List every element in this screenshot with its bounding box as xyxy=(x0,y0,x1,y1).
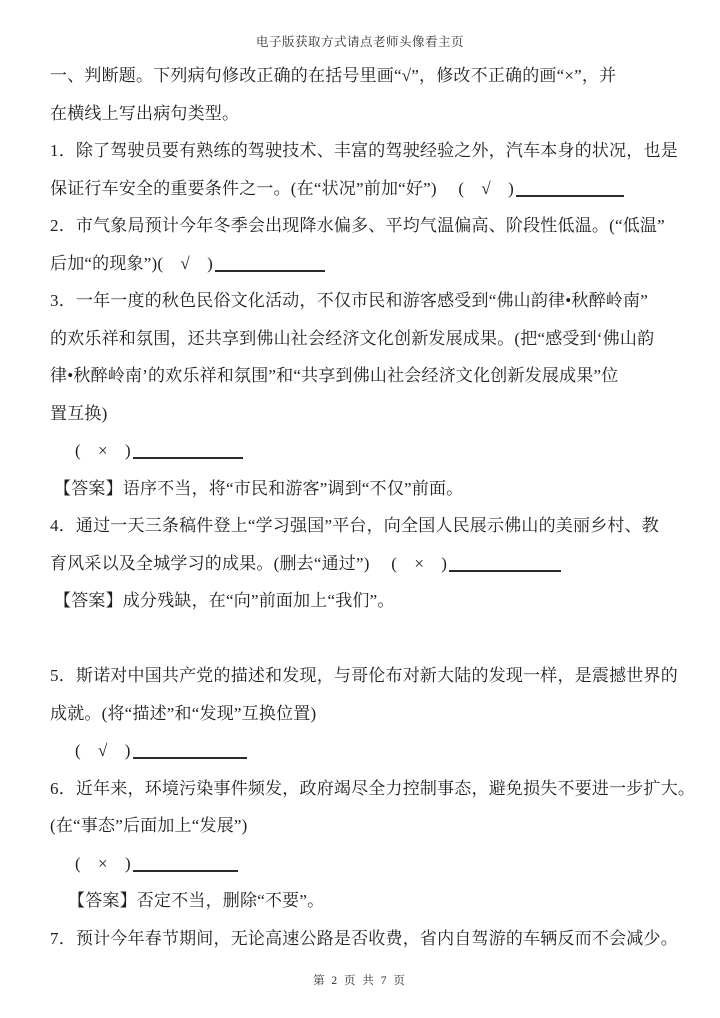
q4-line-2-text: 育风采以及全城学习的成果。(删去“通过”) ( × ) xyxy=(50,554,447,573)
q5-mark-line-text: ( √ ) xyxy=(75,741,131,760)
q3-line-4-text: 置互换) xyxy=(50,404,107,423)
q4-answer-text: 【答案】成分残缺，在“向”前面加上“我们”。 xyxy=(54,591,395,610)
q6-line-1: 6．近年来，环境污染事件频发，政府竭尽全力控制事态，避免损失不要进一步扩大。 xyxy=(50,770,670,808)
blank-underline xyxy=(516,193,624,197)
q3-line-1-text: 3．一年一度的秋色民俗文化活动，不仅市民和游客感受到“佛山韵律•秋醉岭南” xyxy=(50,291,648,310)
q7-line-1-text: 7．预计今年春节期间，无论高速公路是否收费，省内自驾游的车辆反而不会减少。 xyxy=(50,929,678,948)
intro-line-2-text: 在横线上写出病句类型。 xyxy=(50,104,239,123)
q2-line-2: 后加“的现象”)( √ ) xyxy=(50,245,670,283)
document-content: 一、判断题。下列病句修改正确的在括号里画“√”，修改不正确的画“×”，并在横线上… xyxy=(0,57,720,957)
q3-mark-line-text: ( × ) xyxy=(75,441,131,460)
q4-answer: 【答案】成分残缺，在“向”前面加上“我们”。 xyxy=(50,582,670,620)
q3-line-2: 的欢乐祥和氛围，还共享到佛山社会经济文化创新发展成果。(把“感受到‘佛山韵 xyxy=(50,320,670,358)
q6-mark-line: ( × ) xyxy=(50,845,670,883)
q3-line-4: 置互换) xyxy=(50,395,670,433)
intro-line-2: 在横线上写出病句类型。 xyxy=(50,95,670,133)
q3-line-3-text: 律•秋醉岭南’的欢乐祥和氛围”和“共享到佛山社会经济文化创新发展成果”位 xyxy=(50,366,618,385)
q2-line-1: 2．市气象局预计今年冬季会出现降水偏多、平均气温偏高、阶段性低温。(“低温” xyxy=(50,207,670,245)
q5-line-2: 成就。(将“描述”和“发现”互换位置) xyxy=(50,695,670,733)
q1-line-2: 保证行车安全的重要条件之一。(在“状况”前加“好”) ( √ ) xyxy=(50,170,670,208)
q5-line-2-text: 成就。(将“描述”和“发现”互换位置) xyxy=(50,704,316,723)
q3-line-3: 律•秋醉岭南’的欢乐祥和氛围”和“共享到佛山社会经济文化创新发展成果”位 xyxy=(50,357,670,395)
q6-line-2: (在“事态”后面加上“发展”) xyxy=(50,807,670,845)
q4-line-1-text: 4．通过一天三条稿件登上“学习强国”平台，向全国人民展示佛山的美丽乡村、教 xyxy=(50,516,659,535)
q1-line-1-text: 1．除了驾驶员要有熟练的驾驶技术、丰富的驾驶经验之外，汽车本身的状况，也是 xyxy=(50,141,678,160)
q7-line-1: 7．预计今年春节期间，无论高速公路是否收费，省内自驾游的车辆反而不会减少。 xyxy=(50,920,670,958)
q1-line-1: 1．除了驾驶员要有熟练的驾驶技术、丰富的驾驶经验之外，汽车本身的状况，也是 xyxy=(50,132,670,170)
q6-line-2-text: (在“事态”后面加上“发展”) xyxy=(50,816,248,835)
q4-line-2: 育风采以及全城学习的成果。(删去“通过”) ( × ) xyxy=(50,545,670,583)
blank-underline xyxy=(133,755,247,759)
q6-mark-line-text: ( × ) xyxy=(75,854,131,873)
q6-answer: 【答案】否定不当，删除“不要”。 xyxy=(50,882,670,920)
blank-spacer-line xyxy=(50,620,670,658)
q3-mark-line: ( × ) xyxy=(50,432,670,470)
q5-mark-line: ( √ ) xyxy=(50,732,670,770)
q3-answer: 【答案】语序不当，将“市民和游客”调到“不仅”前面。 xyxy=(50,470,670,508)
q2-line-2-text: 后加“的现象”)( √ ) xyxy=(50,254,213,273)
blank-underline xyxy=(133,455,243,459)
blank-underline xyxy=(215,268,325,272)
q6-answer-text: 【答案】否定不当，删除“不要”。 xyxy=(68,891,324,910)
q3-line-2-text: 的欢乐祥和氛围，还共享到佛山社会经济文化创新发展成果。(把“感受到‘佛山韵 xyxy=(50,329,654,348)
q1-line-2-text: 保证行车安全的重要条件之一。(在“状况”前加“好”) ( √ ) xyxy=(50,179,514,198)
q3-line-1: 3．一年一度的秋色民俗文化活动，不仅市民和游客感受到“佛山韵律•秋醉岭南” xyxy=(50,282,670,320)
q6-line-1-text: 6．近年来，环境污染事件频发，政府竭尽全力控制事态，避免损失不要进一步扩大。 xyxy=(50,779,695,798)
intro-line-1: 一、判断题。下列病句修改正确的在括号里画“√”，修改不正确的画“×”，并 xyxy=(50,57,670,95)
blank-underline xyxy=(449,568,561,572)
q5-line-1-text: 5．斯诺对中国共产党的描述和发现，与哥伦布对新大陆的发现一样，是震撼世界的 xyxy=(50,666,678,685)
intro-line-1-text: 一、判断题。下列病句修改正确的在括号里画“√”，修改不正确的画“×”，并 xyxy=(50,66,616,85)
page-header-note: 电子版获取方式请点老师头像看主页 xyxy=(0,0,720,50)
document-page: 电子版获取方式请点老师头像看主页 一、判断题。下列病句修改正确的在括号里画“√”… xyxy=(0,0,720,1018)
q3-answer-text: 【答案】语序不当，将“市民和游客”调到“不仅”前面。 xyxy=(54,479,463,498)
q5-line-1: 5．斯诺对中国共产党的描述和发现，与哥伦布对新大陆的发现一样，是震撼世界的 xyxy=(50,657,670,695)
page-number: 第 2 页 共 7 页 xyxy=(0,972,720,988)
q2-line-1-text: 2．市气象局预计今年冬季会出现降水偏多、平均气温偏高、阶段性低温。(“低温” xyxy=(50,216,665,235)
q4-line-1: 4．通过一天三条稿件登上“学习强国”平台，向全国人民展示佛山的美丽乡村、教 xyxy=(50,507,670,545)
blank-underline xyxy=(133,868,238,872)
